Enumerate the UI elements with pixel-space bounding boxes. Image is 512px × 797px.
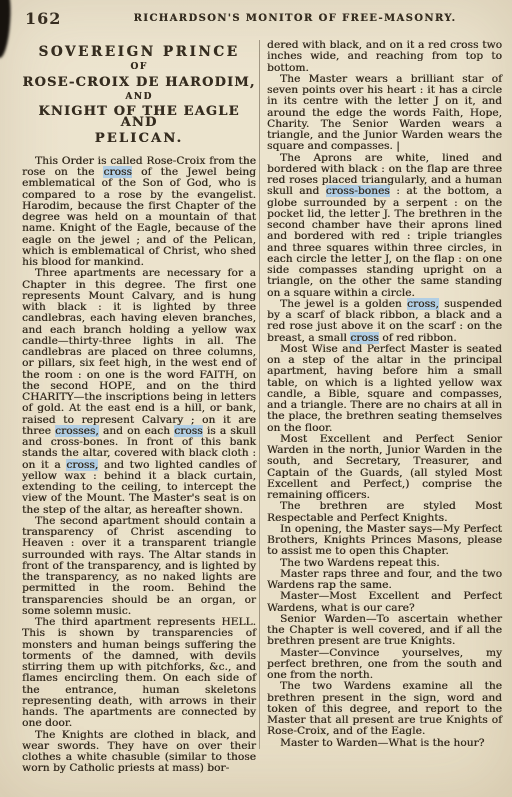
page-header: 162 RICHARDSON'S MONITOR OF FREE-MASONRY… — [0, 0, 512, 40]
paragraph: dered with black, and on it a red cross … — [267, 40, 502, 74]
paragraph: Master to Warden—What is the hour? — [267, 738, 502, 749]
text-segment: The two Wardens examine all the brethren… — [267, 680, 502, 737]
paragraph: The second apartment should contain a tr… — [22, 516, 256, 617]
text-segment: Three apartments are necessary for a Cha… — [22, 267, 256, 437]
text-segment: Master—Most Excellent and Perfect Warden… — [267, 590, 502, 613]
text-segment: : at the bottom, a globe surrounded by a… — [267, 185, 502, 298]
paragraph: Master raps three and four, and the two … — [267, 569, 502, 592]
running-head: RICHARDSON'S MONITOR OF FREE-MASONRY. — [78, 0, 512, 24]
paragraph: The two Wardens examine all the brethren… — [267, 681, 502, 737]
search-highlight: cross — [350, 332, 379, 344]
text-segment: Most Wise and Perfect Master is seated o… — [267, 343, 502, 434]
paragraph: The Knights are clothed in black, and we… — [22, 730, 256, 775]
degree-title-line: SOVEREIGN PRINCE — [22, 47, 256, 58]
text-segment: The Knights are clothed in black, and we… — [22, 729, 256, 775]
text-segment: The second apartment should contain a tr… — [22, 515, 256, 617]
paragraph: Three apartments are necessary for a Cha… — [22, 268, 256, 516]
paragraph: The Aprons are white, lined and bordered… — [267, 153, 502, 299]
text-segment: of red ribbon. — [379, 332, 457, 344]
text-segment: of the Jewel being emblematical of the S… — [22, 166, 256, 268]
text-segment: Master to Warden—What is the hour? — [280, 737, 484, 749]
text-segment: Master—Convince yourselves, my perfect b… — [267, 647, 502, 682]
page-number: 162 — [25, 9, 61, 28]
text-segment: and on each — [99, 425, 174, 437]
paragraph: The third apartment represents HELL. Thi… — [22, 617, 256, 730]
degree-title-line: PELICAN. — [22, 133, 256, 144]
search-highlight: cross, — [407, 298, 439, 310]
right-column: dered with black, and on it a red cross … — [259, 40, 502, 749]
paragraph: This Order is called Rose-Croix from the… — [22, 156, 256, 269]
text-segment: The brethren are styled Most Respectable… — [267, 500, 502, 523]
paragraph: Master—Convince yourselves, my perfect b… — [267, 648, 502, 682]
paragraph: The Master wears a brilliant star of sev… — [267, 74, 502, 153]
degree-title-line: OF — [22, 62, 256, 73]
paragraph: The brethren are styled Most Respectable… — [267, 501, 502, 524]
text-segment: Most Excellent and Perfect Senior Warden… — [267, 433, 502, 501]
search-highlight: cross — [103, 166, 132, 178]
text-columns: SOVEREIGN PRINCE OF ROSE-CROIX DE HARODI… — [0, 40, 512, 775]
text-segment: Master raps three and four, and the two … — [267, 568, 502, 591]
degree-title-line: ROSE-CROIX DE HARODIM, — [22, 77, 256, 88]
search-highlight: cross-bones — [326, 185, 390, 197]
search-highlight: cross, — [66, 459, 98, 471]
text-segment: The jewel is a golden — [280, 298, 407, 310]
paragraph: In opening, the Master says—My Perfect B… — [267, 524, 502, 558]
degree-title-line: AND — [22, 92, 256, 103]
paragraph: Senior Warden—To ascertain whether the C… — [267, 614, 502, 648]
text-segment: The Master wears a brilliant star of sev… — [267, 73, 502, 153]
paragraph: Most Excellent and Perfect Senior Warden… — [267, 434, 502, 502]
degree-title: SOVEREIGN PRINCE OF ROSE-CROIX DE HARODI… — [22, 40, 256, 156]
search-highlight: crosses, — [55, 425, 99, 437]
text-segment: Senior Warden—To ascertain whether the C… — [267, 613, 502, 648]
book-page: 162 RICHARDSON'S MONITOR OF FREE-MASONRY… — [0, 0, 512, 797]
search-highlight: cross — [174, 425, 203, 437]
text-segment: The two Wardens repeat this. — [280, 557, 440, 569]
paragraph: Master—Most Excellent and Perfect Warden… — [267, 591, 502, 614]
text-segment: The third apartment represents HELL. Thi… — [22, 616, 256, 729]
degree-title-line: KNIGHT OF THE EAGLE AND — [22, 106, 256, 129]
paragraph: Most Wise and Perfect Master is seated o… — [267, 344, 502, 434]
paragraph: The jewel is a golden cross, suspended b… — [267, 299, 502, 344]
left-column: SOVEREIGN PRINCE OF ROSE-CROIX DE HARODI… — [22, 40, 256, 775]
text-segment: In opening, the Master says—My Perfect B… — [267, 523, 502, 558]
text-segment: dered with black, and on it a red cross … — [267, 39, 502, 74]
